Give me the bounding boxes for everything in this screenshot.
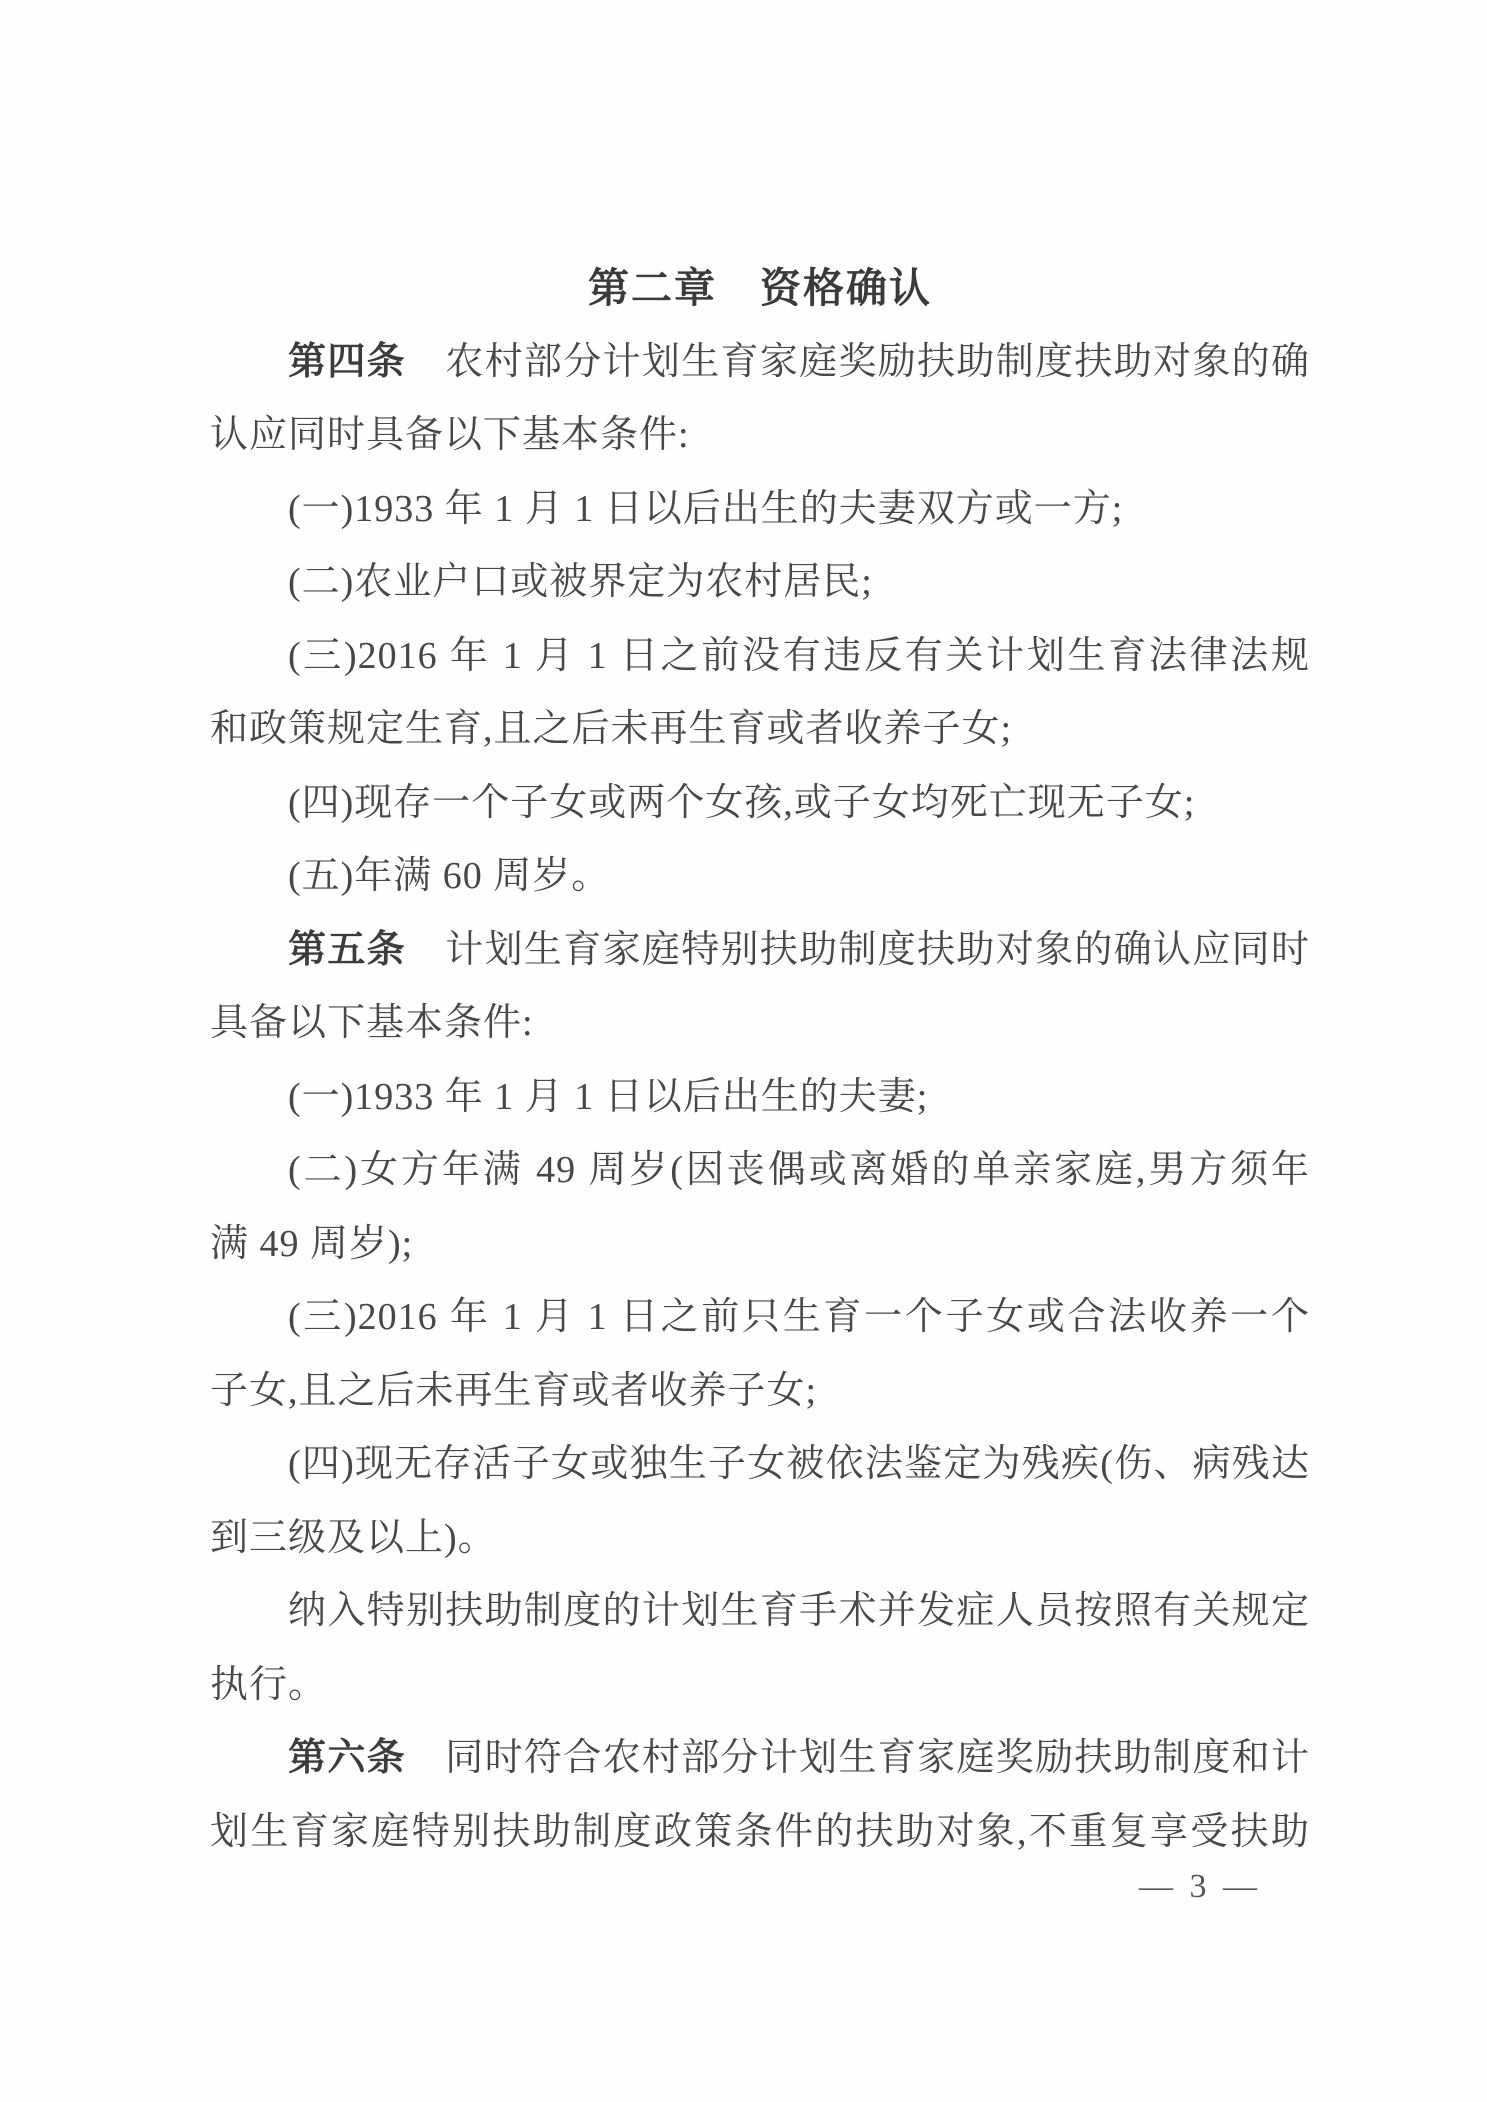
article-5-item-4-line-1: (四)现无存活子女或独生子女被依法鉴定为残疾(伤、病残达 [210, 1428, 1310, 1502]
article-5-line-2: 具备以下基本条件: [210, 987, 1310, 1061]
article-6-text: 同时符合农村部分计划生育家庭奖励扶助制度和计 [406, 1737, 1310, 1779]
article-4-item-2: (二)农业户口或被界定为农村居民; [210, 546, 1310, 620]
article-6-line-1: 第六条 同时符合农村部分计划生育家庭奖励扶助制度和计 [210, 1722, 1310, 1796]
article-5-item-2-line-1: (二)女方年满 49 周岁(因丧偶或离婚的单亲家庭,男方须年 [210, 1134, 1310, 1208]
article-6-label: 第六条 [288, 1737, 406, 1779]
article-4-item-3-line-1: (三)2016 年 1 月 1 日之前没有违反有关计划生育法律法规 [210, 620, 1310, 694]
article-5-label: 第五条 [288, 929, 406, 971]
article-5-item-2-line-2: 满 49 周岁); [210, 1208, 1310, 1282]
document-page: 第二章 资格确认 第四条 农村部分计划生育家庭奖励扶助制度扶助对象的确 认应同时… [0, 0, 1487, 2102]
article-4-line-2: 认应同时具备以下基本条件: [210, 399, 1310, 473]
article-5-line-1: 第五条 计划生育家庭特别扶助制度扶助对象的确认应同时 [210, 914, 1310, 988]
article-5-item-3-line-2: 子女,且之后未再生育或者收养子女; [210, 1355, 1310, 1429]
article-5-item-4-line-2: 到三级及以上)。 [210, 1502, 1310, 1576]
chapter-title: 第二章 资格确认 [210, 252, 1310, 326]
article-4-item-4: (四)现存一个子女或两个女孩,或子女均死亡现无子女; [210, 767, 1310, 841]
article-4-item-3-line-2: 和政策规定生育,且之后未再生育或者收养子女; [210, 693, 1310, 767]
article-5-item-1: (一)1933 年 1 月 1 日以后出生的夫妻; [210, 1061, 1310, 1135]
article-5-note-line-1: 纳入特别扶助制度的计划生育手术并发症人员按照有关规定 [210, 1575, 1310, 1649]
page-number: — 3 — [1139, 1868, 1261, 1906]
article-4-text: 农村部分计划生育家庭奖励扶助制度扶助对象的确 [406, 341, 1310, 383]
article-4-item-1: (一)1933 年 1 月 1 日以后出生的夫妻双方或一方; [210, 473, 1310, 547]
article-4-item-5: (五)年满 60 周岁。 [210, 840, 1310, 914]
article-6-line-2: 划生育家庭特别扶助制度政策条件的扶助对象,不重复享受扶助 [210, 1796, 1310, 1870]
article-5-item-3-line-1: (三)2016 年 1 月 1 日之前只生育一个子女或合法收养一个 [210, 1281, 1310, 1355]
article-4-line-1: 第四条 农村部分计划生育家庭奖励扶助制度扶助对象的确 [210, 326, 1310, 400]
document-body: 第二章 资格确认 第四条 农村部分计划生育家庭奖励扶助制度扶助对象的确 认应同时… [210, 252, 1310, 1869]
article-5-text: 计划生育家庭特别扶助制度扶助对象的确认应同时 [406, 929, 1310, 971]
article-5-note-line-2: 执行。 [210, 1649, 1310, 1723]
article-4-label: 第四条 [288, 341, 406, 383]
